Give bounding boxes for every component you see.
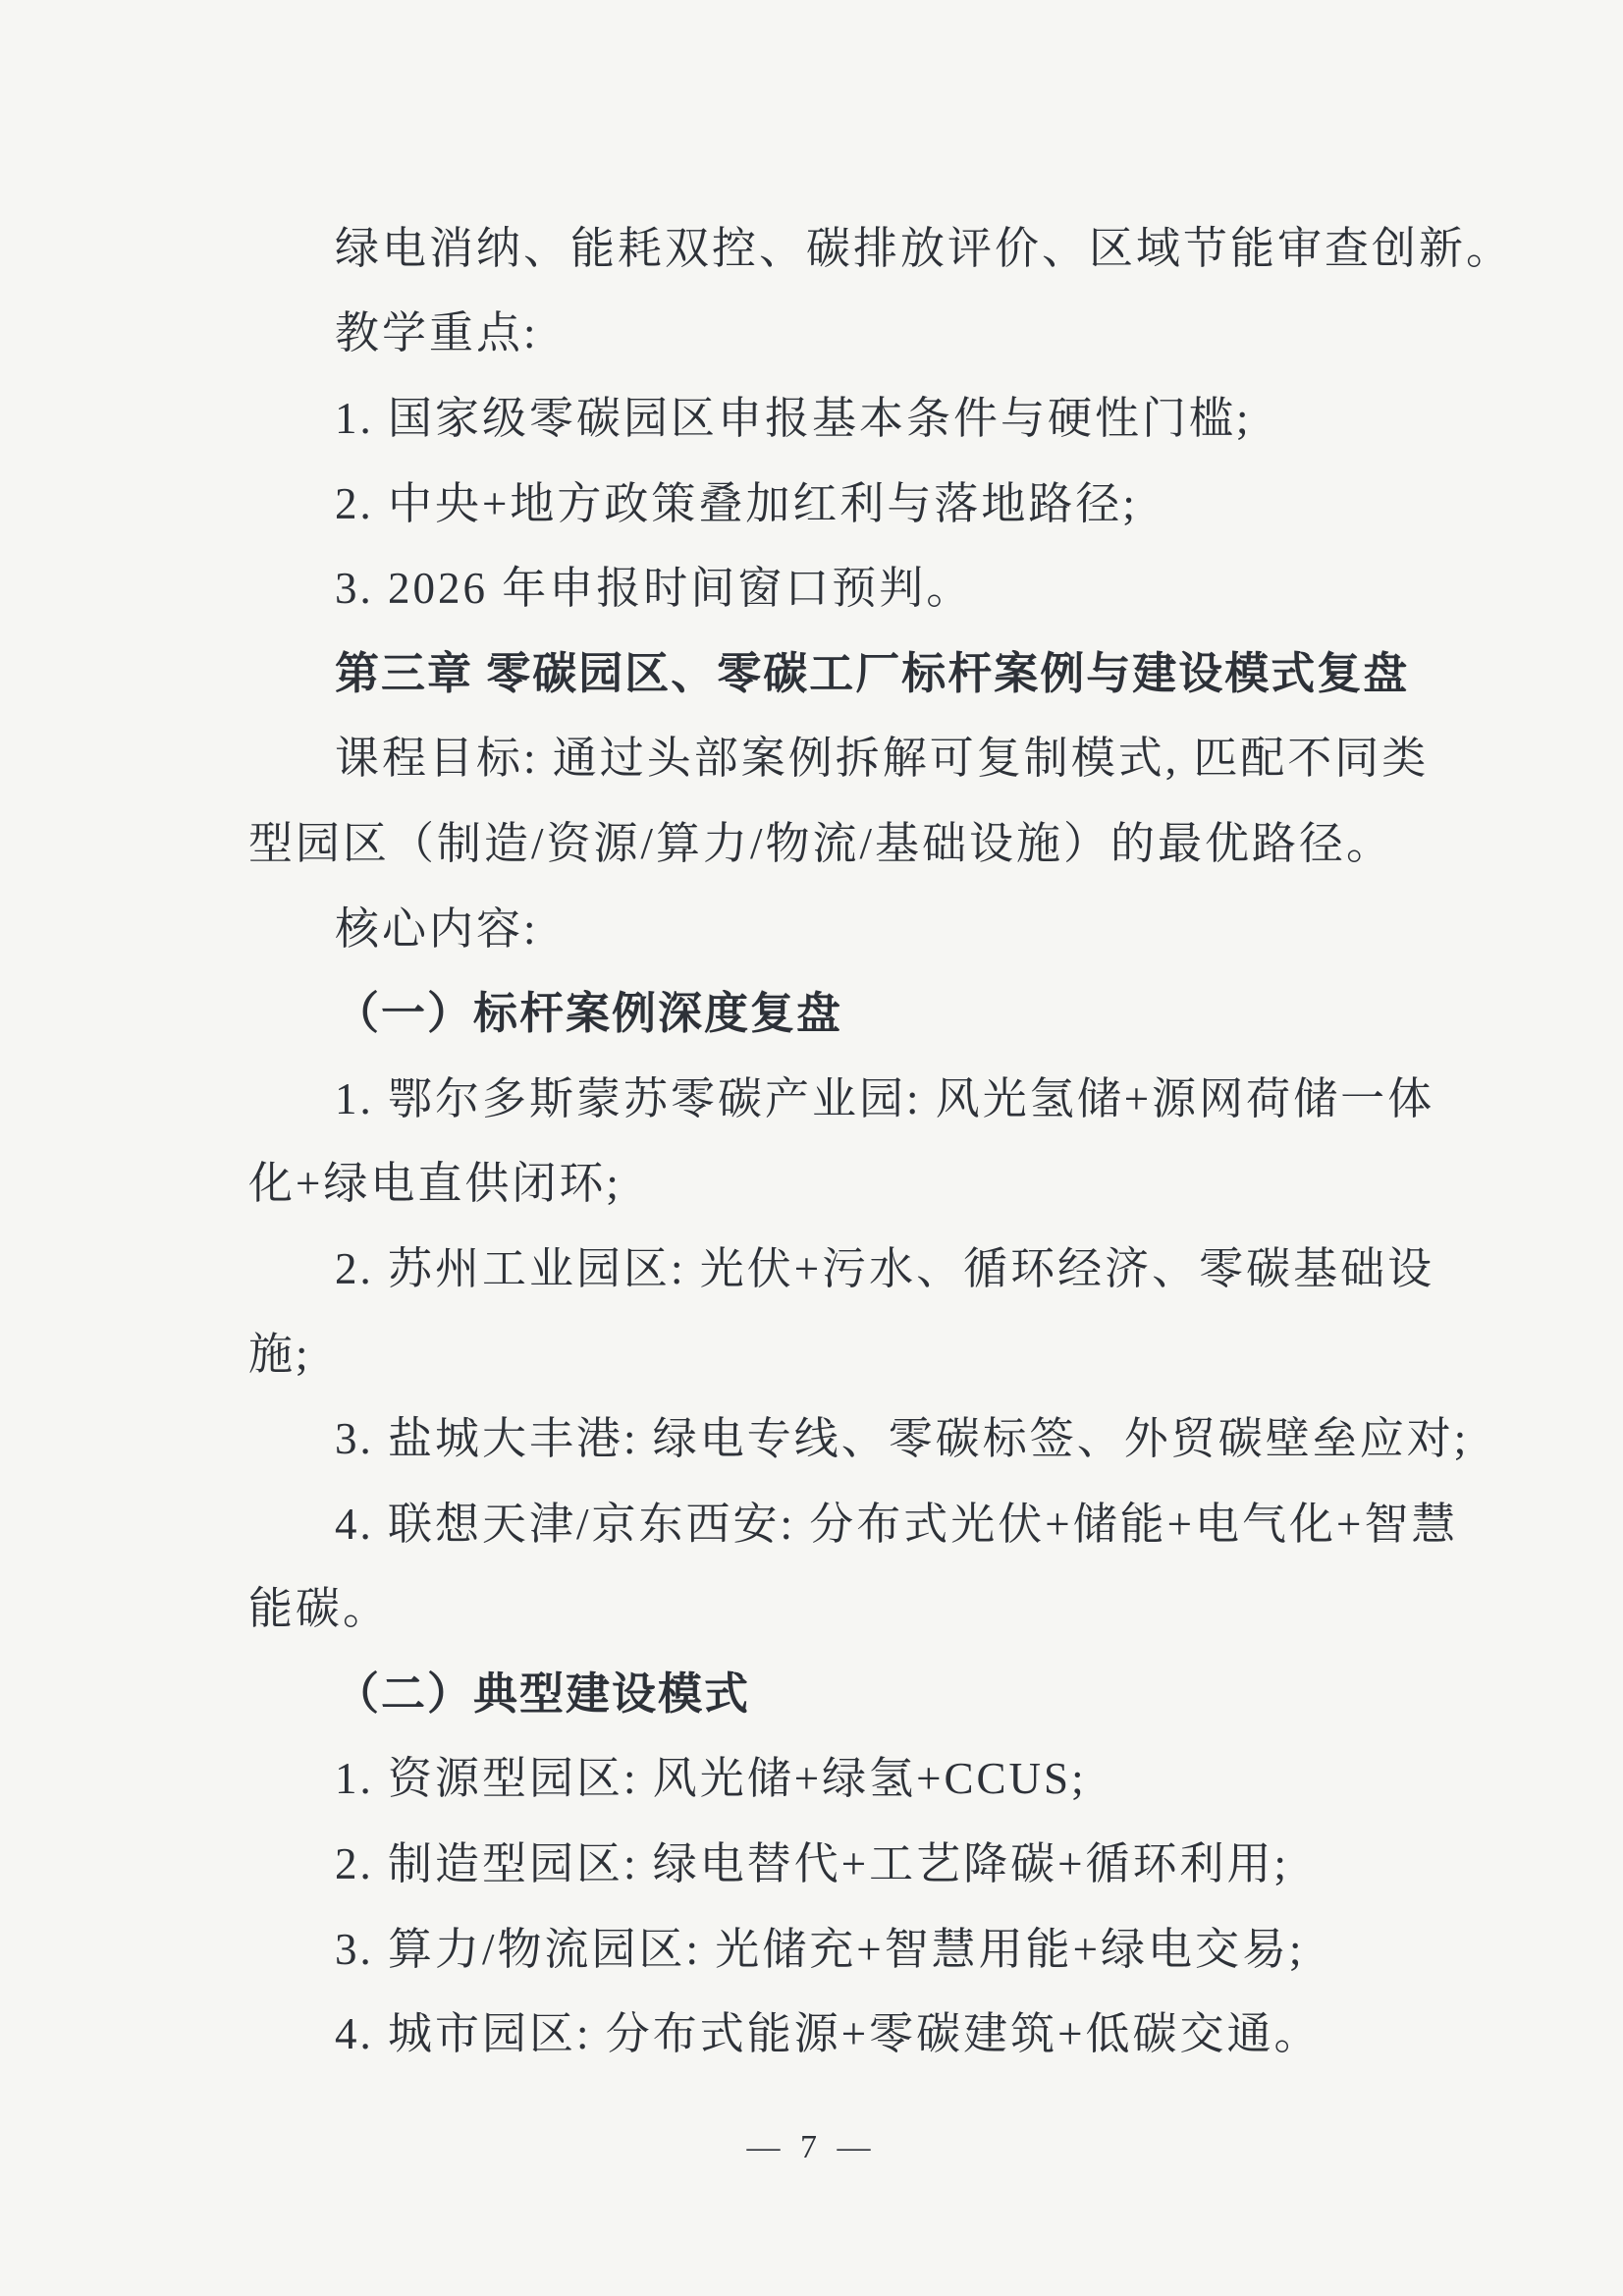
page-body: 绿电消纳、能耗双控、碳排放评价、区域节能审查创新。 教学重点: 1. 国家级零碳…: [248, 201, 1476, 2072]
list-item: 2. 苏州工业园区: 光伏+污水、循环经济、零碳基础设: [248, 1222, 1476, 1307]
list-item: 1. 国家级零碳园区申报基本条件与硬性门槛;: [248, 371, 1476, 457]
list-item: 3. 盐城大丰港: 绿电专线、零碳标签、外贸碳壁垒应对;: [248, 1392, 1476, 1477]
text-line: 教学重点:: [248, 287, 1476, 372]
text-line: 能碳。: [248, 1562, 1476, 1648]
text-line: 课程目标: 通过头部案例拆解可复制模式, 匹配不同类: [248, 712, 1476, 797]
section-heading: （一）标杆案例深度复盘: [248, 966, 1476, 1052]
list-item: 1. 资源型园区: 风光储+绿氢+CCUS;: [248, 1732, 1476, 1818]
list-item: 2. 中央+地方政策叠加红利与落地路径;: [248, 457, 1476, 542]
list-item: 4. 联想天津/京东西安: 分布式光伏+储能+电气化+智慧: [248, 1477, 1476, 1562]
list-item: 3. 算力/物流园区: 光储充+智慧用能+绿电交易;: [248, 1902, 1476, 1988]
list-item: 3. 2026 年申报时间窗口预判。: [248, 541, 1476, 627]
list-item: 2. 制造型园区: 绿电替代+工艺降碳+循环利用;: [248, 1817, 1476, 1902]
document-page: 绿电消纳、能耗双控、碳排放评价、区域节能审查创新。 教学重点: 1. 国家级零碳…: [0, 0, 1623, 2296]
chapter-heading: 第三章 零碳园区、零碳工厂标杆案例与建设模式复盘: [248, 627, 1476, 712]
text-line: 核心内容:: [248, 882, 1476, 967]
section-heading: （二）典型建设模式: [248, 1647, 1476, 1732]
list-item: 4. 城市园区: 分布式能源+零碳建筑+低碳交通。: [248, 1987, 1476, 2072]
text-line: 型园区（制造/资源/算力/物流/基础设施）的最优路径。: [248, 796, 1476, 882]
list-item: 1. 鄂尔多斯蒙苏零碳产业园: 风光氢储+源网荷储一体: [248, 1052, 1476, 1137]
page-number: — 7 —: [0, 2129, 1623, 2166]
text-line: 绿电消纳、能耗双控、碳排放评价、区域节能审查创新。: [248, 201, 1476, 287]
text-line: 化+绿电直供闭环;: [248, 1137, 1476, 1223]
text-line: 施;: [248, 1307, 1476, 1393]
